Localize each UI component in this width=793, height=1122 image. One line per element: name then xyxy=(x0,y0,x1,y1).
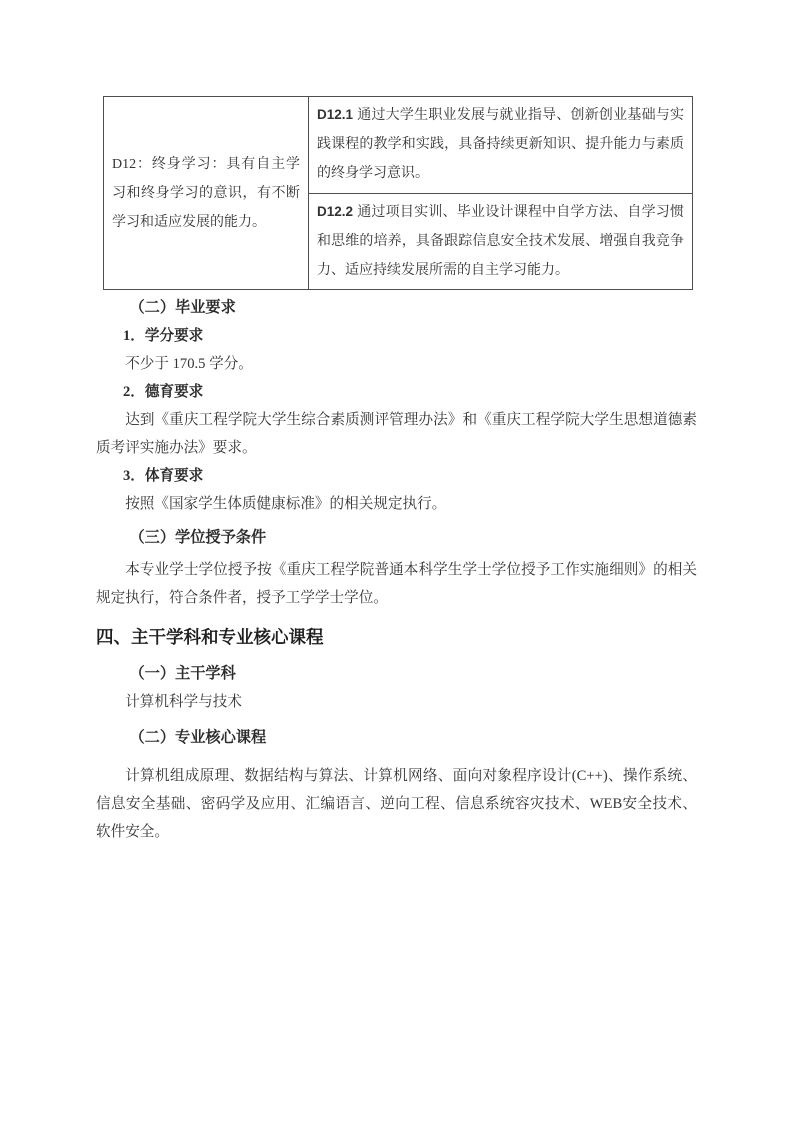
item-body-credits: 不少于 170.5 学分。 xyxy=(96,350,697,378)
paragraph-core-courses: 计算机组成原理、数据结构与算法、计算机网络、面向对象程序设计(C++)、操作系统… xyxy=(96,762,697,846)
heading-graduation-requirements: （二）毕业要求 xyxy=(96,294,697,322)
indicator-d12-2-cell: D12.2通过项目实训、毕业设计课程中自学方法、自学习惯和思维的培养，具备跟踪信… xyxy=(309,193,693,290)
indicator-d12-2-label: D12.2 xyxy=(317,204,353,219)
outcome-d12-cell: D12：终身学习：具有自主学习和终身学习的意识，有不断学习和适应发展的能力。 xyxy=(104,97,309,290)
item-title-physical: 3．体育要求 xyxy=(96,462,697,490)
item-title-credits: 1．学分要求 xyxy=(96,322,697,350)
heading-chapter4: 四、主干学科和专业核心课程 xyxy=(96,620,697,654)
item-body-moral: 达到《重庆工程学院大学生综合素质测评管理办法》和《重庆工程学院大学生思想道德素质… xyxy=(96,406,697,462)
document-page: D12：终身学习：具有自主学习和终身学习的意识，有不断学习和适应发展的能力。 D… xyxy=(0,0,793,1122)
indicator-d12-1-label: D12.1 xyxy=(317,107,353,122)
outcome-d12-text: D12：终身学习：具有自主学习和终身学习的意识，有不断学习和适应发展的能力。 xyxy=(112,157,300,230)
heading-degree-conditions: （三）学位授予条件 xyxy=(96,524,697,552)
heading-main-discipline: （一）主干学科 xyxy=(96,660,697,688)
heading-core-courses: （二）专业核心课程 xyxy=(96,724,697,752)
item-title-moral: 2．德育要求 xyxy=(96,378,697,406)
table-row: D12：终身学习：具有自主学习和终身学习的意识，有不断学习和适应发展的能力。 D… xyxy=(104,97,693,194)
learning-outcomes-table: D12：终身学习：具有自主学习和终身学习的意识，有不断学习和适应发展的能力。 D… xyxy=(103,96,693,290)
indicator-d12-2-text: 通过项目实训、毕业设计课程中自学方法、自学习惯和思维的培养，具备跟踪信息安全技术… xyxy=(317,205,684,278)
paragraph-degree-conditions: 本专业学士学位授予按《重庆工程学院普通本科学生学士学位授予工作实施细则》的相关规… xyxy=(96,556,697,612)
paragraph-main-discipline: 计算机科学与技术 xyxy=(96,688,697,716)
indicator-d12-1-cell: D12.1通过大学生职业发展与就业指导、创新创业基础与实践课程的教学和实践，具备… xyxy=(309,97,693,194)
item-body-physical: 按照《国家学生体质健康标准》的相关规定执行。 xyxy=(96,490,697,518)
indicator-d12-1-text: 通过大学生职业发展与就业指导、创新创业基础与实践课程的教学和实践，具备持续更新知… xyxy=(317,108,684,181)
